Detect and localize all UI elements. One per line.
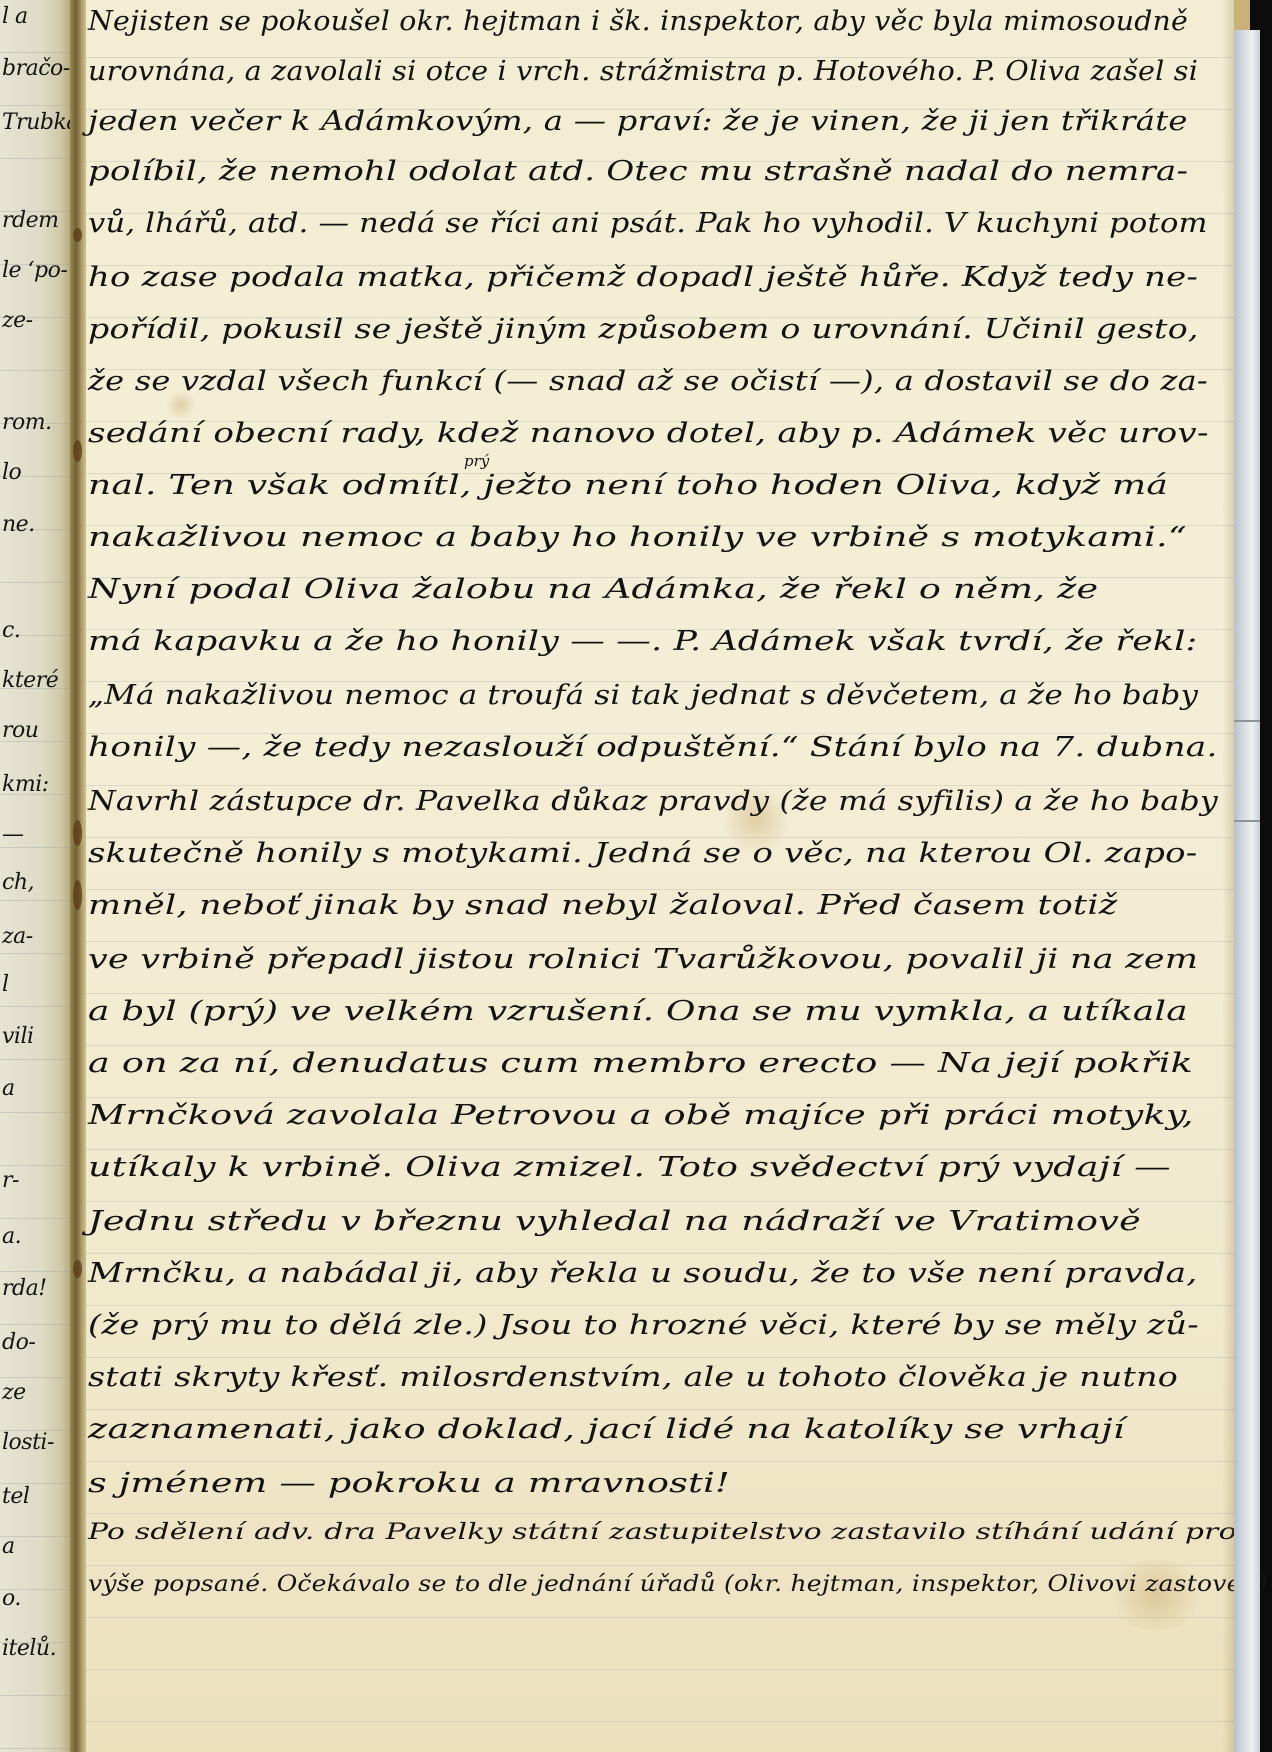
- left-page-fragment: do-: [2, 1330, 35, 1355]
- manuscript-line: stati skryty křesť. milosrdenstvím, ale …: [88, 1362, 1178, 1402]
- tissue-binding-strip: [1234, 30, 1260, 1752]
- manuscript-line: „Má nakažlivou nemoc a troufá si tak jed…: [88, 680, 1198, 720]
- left-page-fragment: ne.: [2, 512, 35, 537]
- left-page-fragment: o.: [2, 1586, 21, 1611]
- left-page-fragment: rdem: [2, 208, 58, 233]
- manuscript-line: mněl, neboť jinak by snad nebyl žaloval.…: [88, 890, 1117, 930]
- manuscript-line: skutečně honily s motykami. Jedná se o v…: [88, 838, 1197, 878]
- left-page-fragment: a: [2, 1534, 15, 1559]
- ink-stain: [73, 440, 82, 462]
- ink-stain: [73, 228, 82, 242]
- left-page-fragment: c.: [2, 618, 20, 643]
- manuscript-line: má kapavku a že ho honily — —. P. Adámek…: [88, 626, 1197, 666]
- left-page-fragment: za-: [2, 924, 33, 949]
- left-page-fragment: a: [2, 1076, 15, 1101]
- manuscript-line: nal. Ten však odmítl, ježto není toho ho…: [88, 470, 1168, 510]
- manuscript-line: ho zase podala matka, přičemž dopadl ješ…: [88, 262, 1198, 302]
- manuscript-page: Nejisten se pokoušel okr. hejtman i šk. …: [86, 0, 1236, 1752]
- rust-stain: [73, 820, 82, 846]
- left-page-fragment: rda!: [2, 1276, 47, 1301]
- manuscript-line: zaznamenati, jako doklad, jací lidé na k…: [88, 1414, 1125, 1454]
- manuscript-line: sedání obecní rady, kdež nanovo dotel, a…: [88, 418, 1209, 458]
- left-page-fragment: ze: [2, 1380, 26, 1405]
- left-page-fragment: a.: [2, 1224, 21, 1249]
- interlinear-insertion: prý: [464, 452, 489, 470]
- manuscript-line: Po sdělení adv. dra Pavelky státní zastu…: [88, 1520, 1259, 1560]
- left-page-fragment: rou: [2, 718, 38, 743]
- manuscript-scan: l abračo-Trubkardemle ‘po-ze-rom.lone.c.…: [0, 0, 1272, 1752]
- manuscript-line: ve vrbině přepadl jistou rolnici Tvarůžk…: [88, 944, 1198, 984]
- left-page-fragment: které: [2, 668, 58, 693]
- manuscript-line: že se vzdal všech funkcí (— snad až se o…: [88, 366, 1208, 406]
- manuscript-line: honily —, že tedy nezaslouží odpuštění.“…: [88, 732, 1218, 772]
- manuscript-line: Nyní podal Oliva žalobu na Adámka, že ře…: [88, 574, 1098, 614]
- left-page-fragment: r-: [2, 1168, 19, 1193]
- facing-page-left: l abračo-Trubkardemle ‘po-ze-rom.lone.c.…: [0, 0, 76, 1752]
- left-page-fragment: bračo-: [2, 56, 70, 81]
- manuscript-line: utíkaly k vrbině. Oliva zmizel. Toto svě…: [88, 1152, 1171, 1192]
- left-page-fragment: rom.: [2, 410, 52, 435]
- left-page-fragment: l a: [2, 4, 28, 29]
- next-page-edge: [1234, 0, 1250, 34]
- manuscript-line: nakažlivou nemoc a baby ho honily ve vrb…: [88, 522, 1187, 562]
- manuscript-line: Mrnčku, a nabádal ji, aby řekla u soudu,…: [88, 1258, 1197, 1298]
- manuscript-line: Nejisten se pokoušel okr. hejtman i šk. …: [88, 6, 1188, 46]
- tissue-fold: [1234, 820, 1260, 822]
- manuscript-line: výše popsané. Očekávalo se to dle jednán…: [88, 1572, 1268, 1612]
- rust-stain: [73, 880, 82, 910]
- manuscript-line: a byl (prý) ve velkém vzrušení. Ona se m…: [88, 996, 1188, 1036]
- manuscript-line: urovnána, a zavolali si otce i vrch. str…: [88, 56, 1198, 96]
- ink-stain: [73, 1260, 82, 1278]
- left-page-fragment: losti-: [2, 1430, 54, 1455]
- manuscript-line: Mrnčková zavolala Petrovou a obě majíce …: [88, 1100, 1194, 1140]
- left-page-fragment: kmi:: [2, 772, 49, 797]
- left-page-fragment: tel: [2, 1484, 29, 1509]
- manuscript-line: jeden večer k Adámkovým, a — praví: že j…: [88, 106, 1188, 146]
- manuscript-line: vů, lhářů, atd. — nedá se říci ani psát.…: [88, 208, 1208, 248]
- left-page-fragment: itelů.: [2, 1636, 56, 1661]
- manuscript-line: Navrhl zástupce dr. Pavelka důkaz pravdy…: [88, 786, 1218, 826]
- manuscript-line: s jménem — pokroku a mravnosti!: [88, 1468, 730, 1508]
- manuscript-line: Jednu středu v březnu vyhledal na nádraž…: [88, 1206, 1141, 1246]
- tissue-fold: [1234, 720, 1260, 722]
- left-page-fragment: lo: [2, 460, 21, 485]
- left-page-fragment: —: [2, 822, 24, 847]
- left-page-fragment: ze-: [2, 308, 33, 333]
- manuscript-line: a on za ní, denudatus cum membro erecto …: [88, 1048, 1193, 1088]
- left-page-fragment: Trubka: [2, 110, 79, 135]
- left-page-fragment: le ‘po-: [2, 258, 67, 283]
- manuscript-line: pořídil, pokusil se ještě jiným způsobem…: [88, 314, 1199, 354]
- left-page-fragment: l: [2, 972, 9, 997]
- left-page-fragment: ch,: [2, 870, 34, 895]
- manuscript-line: (že prý mu to dělá zle.) Jsou to hrozné …: [88, 1310, 1199, 1350]
- manuscript-line: políbil, že nemohl odolat atd. Otec mu s…: [88, 156, 1188, 196]
- left-page-fragment: vili: [2, 1024, 34, 1049]
